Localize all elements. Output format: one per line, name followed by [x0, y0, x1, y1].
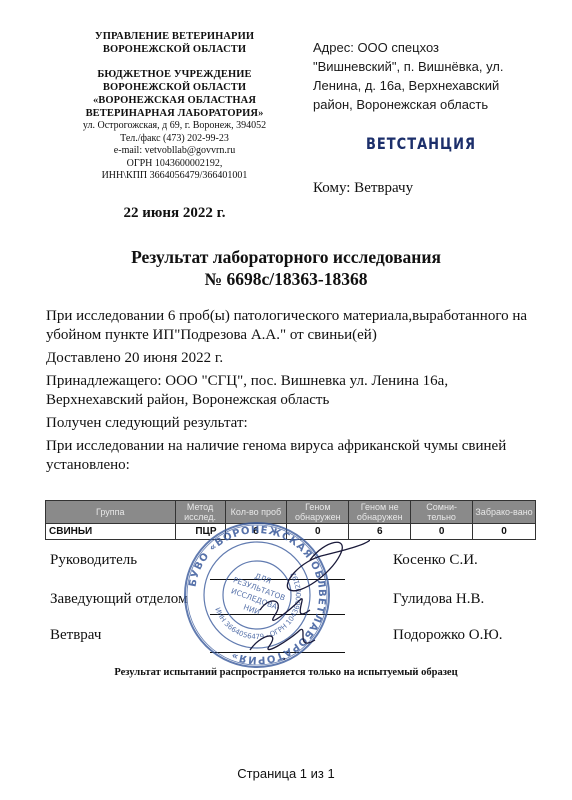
cell-group: СВИНЬИ — [46, 524, 176, 540]
recipient-address-line: "Вишневский", п. Вишнёвка, ул. — [313, 57, 563, 76]
recipient-address-line: Адрес: ООО спецхоз — [313, 38, 563, 57]
col-header-group: Группа — [46, 501, 176, 524]
org-line-2: ВОРОНЕЖСКОЙ ОБЛАСТИ — [52, 81, 297, 94]
recipient-address: Адрес: ООО спецхоз "Вишневский", п. Вишн… — [313, 38, 563, 114]
document-body: При исследовании 6 проб(ы) патологическо… — [46, 307, 546, 475]
handwritten-signature-icon — [230, 540, 370, 660]
recipient-address-line: район, Воронежская область — [313, 95, 563, 114]
authority-line-2: ВОРОНЕЖСКОЙ ОБЛАСТИ — [52, 43, 297, 56]
owner-info: Принадлежащего: ООО "СГЦ", пос. Вишневка… — [46, 372, 546, 410]
document-title: Результат лабораторного исследования № 6… — [0, 246, 572, 290]
org-line-4: ВЕТЕРИНАРНАЯ ЛАБОРАТОРИЯ» — [52, 107, 297, 120]
disclaimer-note: Результат испытаний распространяется тол… — [0, 667, 572, 678]
col-header-genome-not-detected: Геном не обнаружен — [349, 501, 411, 524]
lab-address: ул. Острогожская, д 69, г. Воронеж, 3940… — [52, 120, 297, 133]
org-line-1: БЮДЖЕТНОЕ УЧРЕЖДЕНИЕ — [52, 68, 297, 81]
result-intro: Получен следующий результат: — [46, 414, 546, 433]
recipient-address-line: Ленина, д. 16а, Верхнехавский — [313, 76, 563, 95]
title-line-1: Результат лабораторного исследования — [0, 246, 572, 268]
finding-statement: При исследовании на наличие генома вирус… — [46, 437, 546, 475]
cell-doubtful: 0 — [411, 524, 473, 540]
page-number: Страница 1 из 1 — [0, 766, 572, 781]
signature-role-vet: Ветврач — [50, 627, 101, 644]
cell-rejected: 0 — [473, 524, 536, 540]
cell-genome-not-detected: 6 — [349, 524, 411, 540]
lab-phone: Тел./факс (473) 202-99-23 — [52, 133, 297, 146]
result-number: № 6698с/18363-18368 — [0, 268, 572, 290]
signature-role-head: Руководитель — [50, 552, 137, 569]
signature-name-head: Косенко С.И. — [393, 552, 478, 569]
recipient-line: Кому: Ветврачу — [313, 180, 413, 197]
document-date: 22 июня 2022 г. — [52, 205, 297, 222]
lab-letterhead: УПРАВЛЕНИЕ ВЕТЕРИНАРИИ ВОРОНЕЖСКОЙ ОБЛАС… — [52, 30, 297, 222]
delivery-date: Доставлено 20 июня 2022 г. — [46, 349, 546, 368]
authority-line-1: УПРАВЛЕНИЕ ВЕТЕРИНАРИИ — [52, 30, 297, 43]
col-header-doubtful: Сомни-тельно — [411, 501, 473, 524]
signature-role-dept-head: Заведующий отделом — [50, 591, 187, 608]
lab-email: e-mail: vetvobllab@govvrn.ru — [52, 145, 297, 158]
vetstation-stamp: ВЕТСТАНЦИЯ — [366, 135, 476, 154]
signature-name-vet: Подорожко О.Ю. — [393, 627, 503, 644]
col-header-rejected: Забрако-вано — [473, 501, 536, 524]
signature-name-dept-head: Гулидова Н.В. — [393, 591, 484, 608]
lab-ogrn: ОГРН 1043600002192, — [52, 158, 297, 171]
org-line-3: «ВОРОНЕЖСКАЯ ОБЛАСТНАЯ — [52, 94, 297, 107]
lab-inn-kpp: ИНН\КПП 3664056479/366401001 — [52, 170, 297, 183]
sample-description: При исследовании 6 проб(ы) патологическо… — [46, 307, 546, 345]
